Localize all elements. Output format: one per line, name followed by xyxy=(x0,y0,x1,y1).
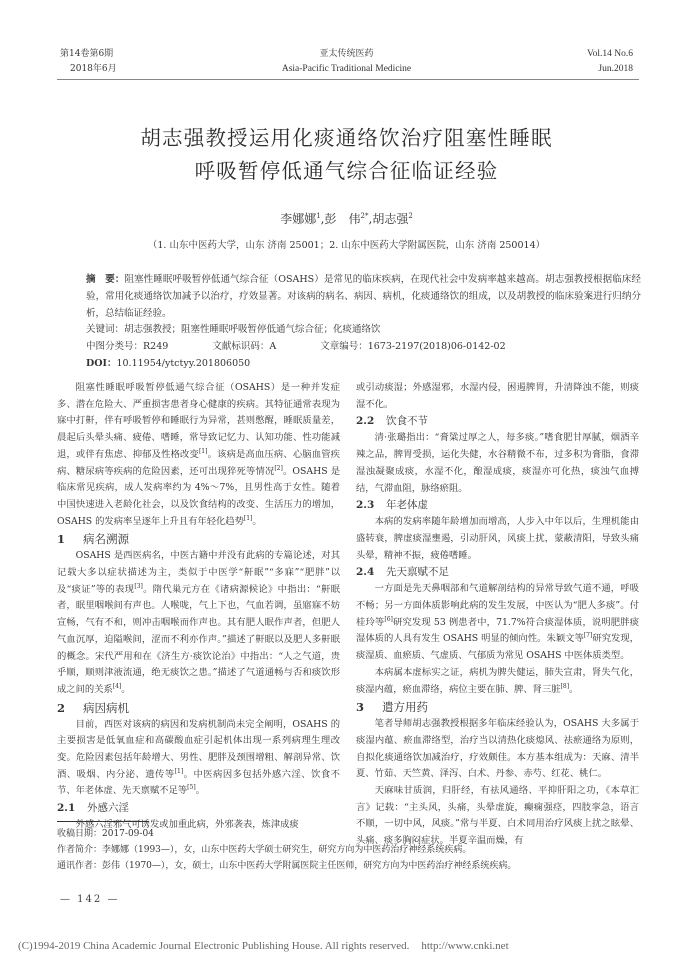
citation[interactable]: [3] xyxy=(134,583,143,590)
classification-row: 中图分类号：R249文献标识码：A文章编号：1673-2197(2018)06-… xyxy=(86,338,506,355)
citation[interactable]: [6] xyxy=(384,616,393,623)
keywords: 胡志强教授；阻塞性睡眠呼吸暂停低通气综合征；化痰通络饮 xyxy=(124,321,381,338)
citation[interactable]: [5] xyxy=(187,784,196,791)
section-heading-2-4: 2.4先天禀赋不足 xyxy=(356,564,639,581)
doi-value[interactable]: 10.11954/ytctyy.201806050 xyxy=(116,355,250,372)
pathogenesis-paragraph: 本病属本虚标实之证，病机为脾失健运，肺失宣肃，肾失气化，痰湿内蕴，瘀血滞络，病位… xyxy=(356,665,639,698)
abstract: 摘 要：阻塞性睡眠呼吸暂停低通气综合征（OSAHS）是常见的临床疾病，在现代社会… xyxy=(86,271,641,322)
keywords-label: 关键词： xyxy=(86,321,124,338)
author-name: 李娜娜 xyxy=(280,212,316,226)
author-bio: 作者简介：李娜娜（1993—），女，山东中医药大学硕士研究生，研究方向为中医药治… xyxy=(57,842,516,858)
footnote-divider xyxy=(57,821,149,822)
intro-paragraph: 阻塞性睡眠呼吸暂停低通气综合征（OSAHS）是一种并发症多、潜在危险大、严重损害… xyxy=(57,380,340,530)
section-heading-3: 3遣方用药 xyxy=(356,698,639,716)
abstract-text: 阻塞性睡眠呼吸暂停低通气综合征（OSAHS）是常见的临床疾病，在现代社会中发病率… xyxy=(86,274,641,319)
section-2-2-paragraph: 清·张璐指出：“膏粱过厚之人，每多痰。”嗜食肥甘厚腻，烟酒辛辣之品，脾胃受损，运… xyxy=(356,430,639,497)
section-1-paragraph: OSAHS 是西医病名，中医古籍中并没有此病的专篇论述，对其记载大多以症状描述为… xyxy=(57,548,340,698)
doi-label: DOI： xyxy=(86,358,116,369)
header-divider xyxy=(57,79,639,80)
section-2-4-paragraph: 一方面是先天鼻咽部和气道解剖结构的异常导致气道不通，呼吸不畅；另一方面体质影响此… xyxy=(356,581,639,665)
body-column-right: 或引动痰湿；外感湿邪，水湿内侵，困遏脾胃，升清降浊不能，则痰湿不化。 2.2饮食… xyxy=(356,380,639,850)
doc-code-value: A xyxy=(269,338,276,355)
received-date: 收稿日期：2017-09-04 xyxy=(57,826,516,842)
abstract-label: 摘 要： xyxy=(86,274,124,285)
citation[interactable]: [1] xyxy=(175,768,184,775)
section-heading-2-1: 2.1外感六淫 xyxy=(57,800,340,817)
section-heading-2-2: 2.2饮食不节 xyxy=(356,413,639,430)
section-2-paragraph: 目前，西医对该病的病因和发病机制尚未完全阐明，OSAHS 的主要损害是低氧血症和… xyxy=(57,717,340,801)
page-number: — 142 — xyxy=(60,894,119,905)
affiliations: （1. 山东中医药大学，山东 济南 25001；2. 山东中医药大学附属医院，山… xyxy=(0,237,693,251)
continued-paragraph: 或引动痰湿；外感湿邪，水湿内侵，困遏脾胃，升清降浊不能，则痰湿不化。 xyxy=(356,380,639,413)
section-heading-2: 2病因病机 xyxy=(57,699,340,717)
title-line-2: 呼吸暂停低通气综合征临证经验 xyxy=(0,155,693,188)
corresponding-author: 通讯作者：彭伟（1970—），女，硕士，山东中医药大学附属医院主任医师，研究方向… xyxy=(57,858,516,874)
volume-issue-en: Vol.14 No.6 xyxy=(587,47,633,62)
copyright-text: (C)1994-2019 China Academic Journal Elec… xyxy=(18,940,409,952)
article-metadata: 关键词：胡志强教授；阻塞性睡眠呼吸暂停低通气综合征；化痰通络饮 中图分类号：R2… xyxy=(86,321,506,372)
keywords-row: 关键词：胡志强教授；阻塞性睡眠呼吸暂停低通气综合征；化痰通络饮 xyxy=(86,321,506,338)
cnki-link[interactable]: http://www.cnki.net xyxy=(421,940,508,952)
author-name: 胡志强 xyxy=(372,212,408,226)
copyright-notice: (C)1994-2019 China Academic Journal Elec… xyxy=(18,940,509,952)
section-heading-1: 1病名溯源 xyxy=(57,530,340,548)
author-mark: 2* xyxy=(361,212,369,220)
article-title: 胡志强教授运用化痰通络饮治疗阻塞性睡眠 呼吸暂停低通气综合征临证经验 xyxy=(0,122,693,188)
section-3-paragraph-1: 笔者导师胡志强教授根据多年临床经验认为，OSAHS 大多属于痰湿内蕴、瘀血滞络型… xyxy=(356,716,639,783)
author-mark: 1 xyxy=(316,212,320,220)
author-mark: 2 xyxy=(408,212,412,220)
clc-value: R249 xyxy=(143,338,168,355)
section-heading-2-3: 2.3年老体虚 xyxy=(356,497,639,514)
article-no-value: 1673-2197(2018)06-0142-02 xyxy=(368,338,506,355)
doi-row: DOI：10.11954/ytctyy.201806050 xyxy=(86,355,506,372)
clc-label: 中图分类号： xyxy=(86,338,143,355)
article-no-label: 文章编号： xyxy=(320,338,368,355)
author-list: 李娜娜1,彭 伟2*,胡志强2 xyxy=(0,210,693,227)
citation[interactable]: [2] xyxy=(274,464,283,471)
citation[interactable]: [8] xyxy=(561,682,570,689)
section-2-3-paragraph: 本病的发病率随年龄增加而增高，人步入中年以后，生理机能由盛转衰，脾虚痰湿壅遏，引… xyxy=(356,514,639,564)
doc-code-label: 文献标识码： xyxy=(212,338,269,355)
title-line-1: 胡志强教授运用化痰通络饮治疗阻塞性睡眠 xyxy=(0,122,693,155)
author-name: 彭 伟 xyxy=(325,212,361,226)
body-column-left: 阻塞性睡眠呼吸暂停低通气综合征（OSAHS）是一种并发症多、潜在危险大、严重损害… xyxy=(57,380,340,834)
footnotes: 收稿日期：2017-09-04 作者简介：李娜娜（1993—），女，山东中医药大… xyxy=(57,826,516,874)
journal-issue-info-en: Vol.14 No.6 Jun.2018 xyxy=(587,47,633,77)
issue-date-en: Jun.2018 xyxy=(587,62,633,77)
